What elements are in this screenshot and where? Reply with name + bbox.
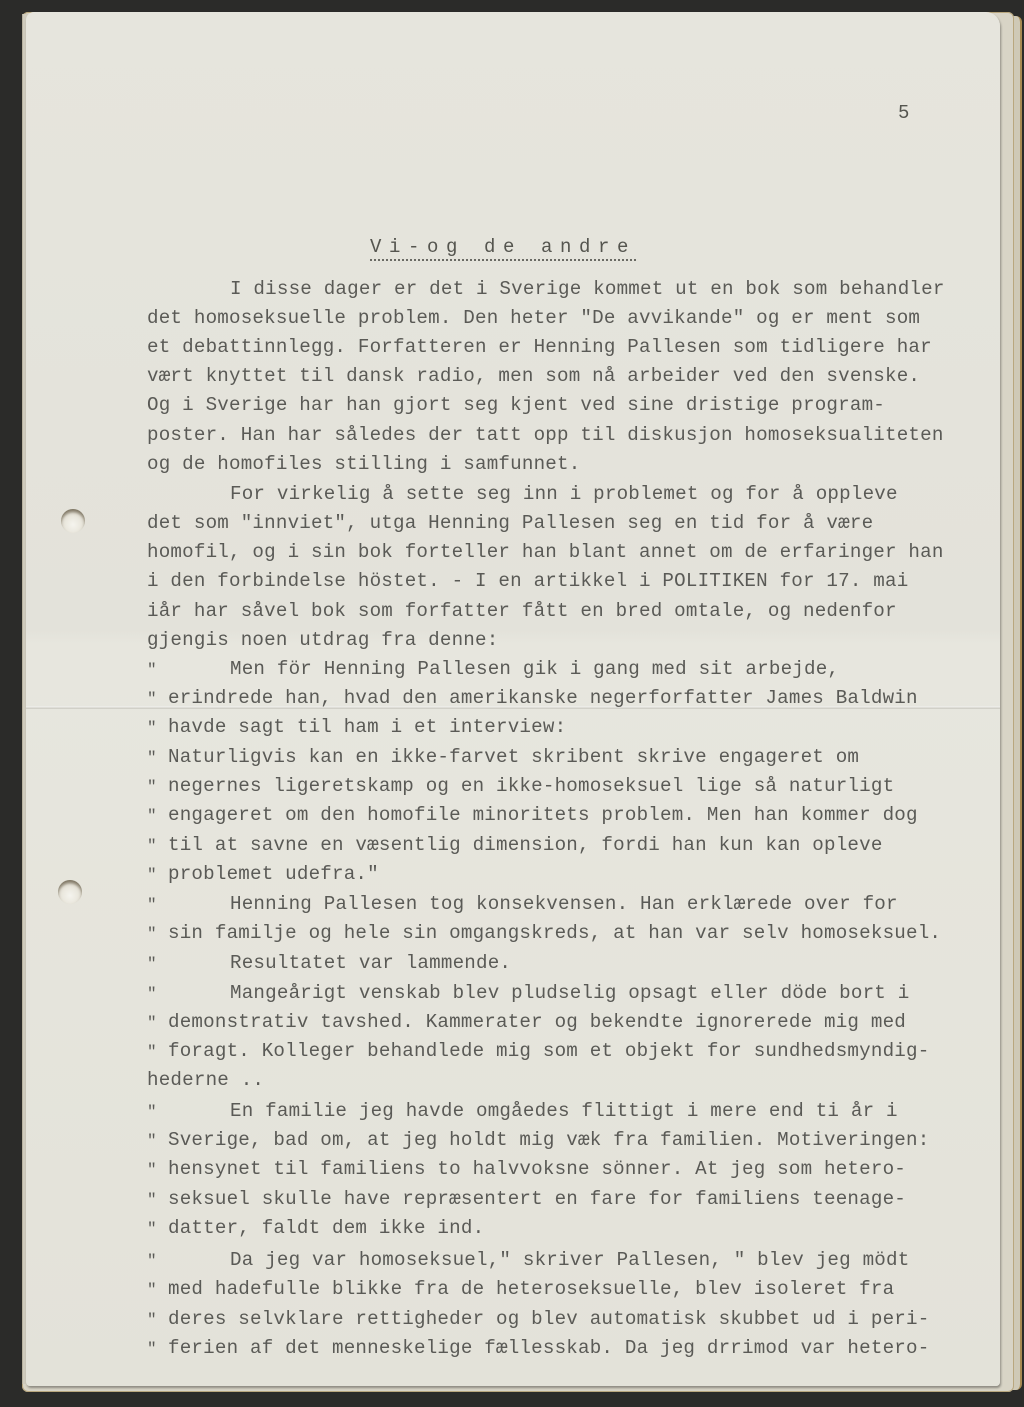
scan-background: 5 Vi-og de andre I disse dager er det i … [0, 0, 1024, 1407]
quote-mark: " [147, 1043, 157, 1061]
quoted-line: Naturligvis kan en ikke-farvet skribent … [168, 745, 859, 769]
quoted-line: havde sagt til ham i et interview: [168, 715, 566, 739]
quoted-line: Sverige, bad om, at jeg holdt mig væk fr… [168, 1128, 929, 1152]
text-line: det homoseksuelle problem. Den heter "De… [147, 306, 920, 330]
quote-mark: " [147, 1311, 157, 1329]
quoted-line: til at savne en væsentlig dimension, for… [168, 833, 883, 857]
text-line: et debattinnlegg. Forfatteren er Henning… [147, 335, 932, 359]
quoted-line: erindrede han, hvad den amerikanske nege… [168, 686, 918, 710]
quote-mark: " [147, 837, 157, 855]
quote-mark: " [147, 1161, 157, 1179]
text-line: I disse dager er det i Sverige kommet ut… [230, 277, 945, 301]
quoted-line: demonstrativ tavshed. Kammerater og beke… [168, 1010, 906, 1034]
quoted-line: med hadefulle blikke fra de heteroseksue… [168, 1277, 894, 1301]
quoted-line: problemet udefra." [168, 862, 379, 886]
text-line: det som "innviet", utga Henning Pallesen… [147, 511, 873, 535]
quote-mark: " [147, 985, 157, 1003]
quote-mark: " [147, 955, 157, 973]
text-line: For virkelig å sette seg inn i problemet… [230, 482, 898, 506]
quoted-line: negernes ligeretskamp og en ikke-homosek… [168, 774, 894, 798]
page-number: 5 [898, 102, 910, 124]
quote-mark: " [147, 1220, 157, 1238]
quoted-line: seksuel skulle have repræsentert en fare… [168, 1187, 906, 1211]
quote-mark: " [147, 1252, 157, 1270]
quoted-line: engageret om den homofile minoritets pro… [168, 803, 918, 827]
text-line: Og i Sverige har han gjort seg kjent ved… [147, 393, 885, 417]
quoted-line: En familie jeg havde omgåedes flittigt i… [230, 1099, 898, 1123]
quote-mark: " [147, 1281, 157, 1299]
quote-mark: " [147, 1014, 157, 1032]
quoted-line: Mangeårigt venskab blev pludselig opsagt… [230, 981, 909, 1005]
quoted-line: hensynet til familiens to halvvoksne sön… [168, 1157, 906, 1181]
quote-mark: " [147, 1340, 157, 1358]
document-title: Vi-og de andre [370, 236, 636, 261]
quote-mark: " [147, 896, 157, 914]
quoted-line: Men för Henning Pallesen gik i gang med … [230, 657, 839, 681]
text-line: og de homofiles stilling i samfunnet. [147, 452, 580, 476]
quoted-line: Resultatet var lammende. [230, 951, 511, 975]
text-line: homofil, og i sin bok forteller han blan… [147, 540, 944, 564]
quote-mark: " [147, 778, 157, 796]
quoted-line: sin familje og hele sin omgangskreds, at… [168, 921, 941, 945]
quote-mark: " [147, 719, 157, 737]
quote-mark: " [147, 925, 157, 943]
text-line: poster. Han har således der tatt opp til… [147, 423, 944, 447]
text-line: i den forbindelse höstet. - I en artikke… [147, 569, 908, 593]
quote-mark: " [147, 866, 157, 884]
quoted-line: deres selvklare rettigheder og blev auto… [168, 1307, 929, 1331]
text-line: gjengis noen utdrag fra denne: [147, 628, 498, 652]
quoted-line: Henning Pallesen tog konsekvensen. Han e… [230, 892, 898, 916]
quote-mark: " [147, 807, 157, 825]
quote-mark: " [147, 690, 157, 708]
text-line: iår har såvel bok som forfatter fått en … [147, 599, 897, 623]
quoted-line: hederne .. [147, 1068, 264, 1092]
quoted-line: foragt. Kolleger behandlede mig som et o… [168, 1039, 929, 1063]
quote-mark: " [147, 1132, 157, 1150]
quoted-line: Da jeg var homoseksuel," skriver Pallese… [230, 1248, 909, 1272]
quote-mark: " [147, 661, 157, 679]
typewritten-text: 5 Vi-og de andre I disse dager er det i … [0, 0, 1024, 1407]
quoted-line: datter, faldt dem ikke ind. [168, 1216, 484, 1240]
text-line: vært knyttet til dansk radio, men som nå… [147, 364, 920, 388]
quoted-line: ferien af det menneskelige fællesskab. D… [168, 1336, 929, 1360]
quote-mark: " [147, 1103, 157, 1121]
quote-mark: " [147, 749, 157, 767]
quote-mark: " [147, 1191, 157, 1209]
